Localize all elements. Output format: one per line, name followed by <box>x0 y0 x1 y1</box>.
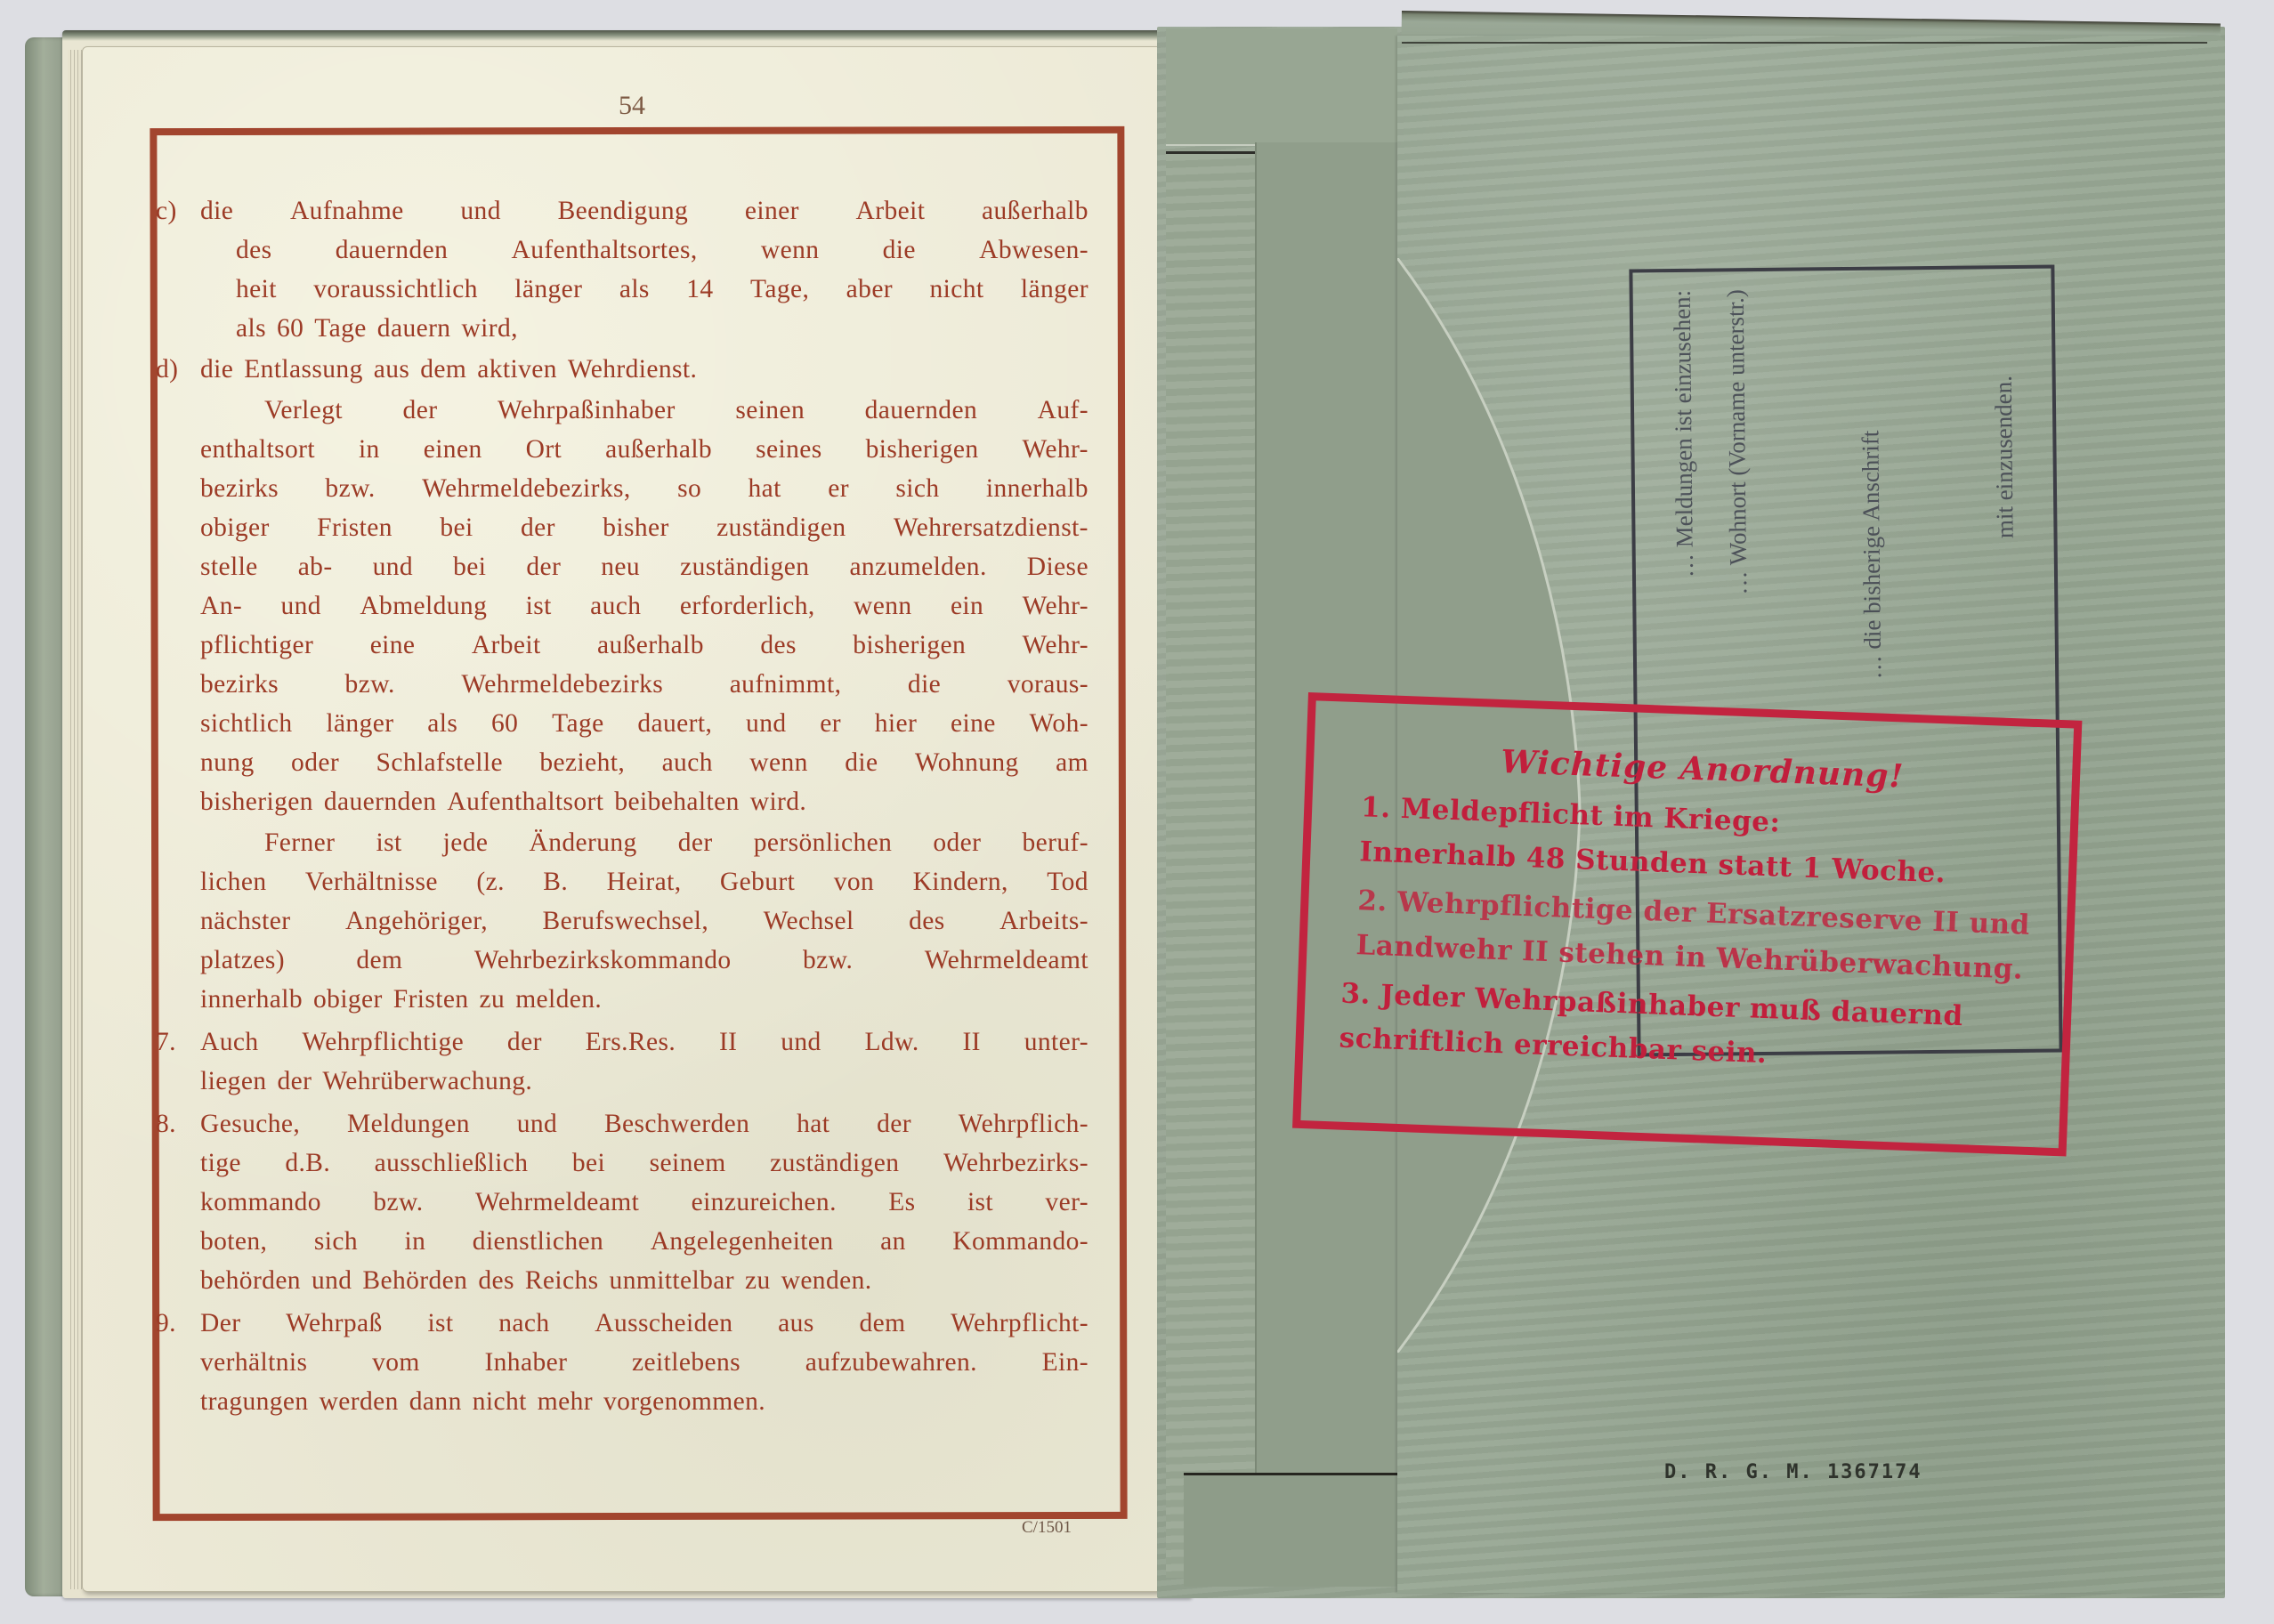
word: Beschwerden <box>604 1104 749 1143</box>
word: Wehrpaß <box>286 1304 383 1343</box>
word: und <box>312 1261 352 1300</box>
word: des <box>236 230 272 270</box>
text-line: boten,sichindienstlichenAngelegenheitena… <box>200 1222 1099 1261</box>
word: bzw. <box>373 1183 423 1222</box>
patent-mark: D. R. G. M. 1367174 <box>1664 1461 1922 1483</box>
word: bei <box>440 508 473 547</box>
word: auch <box>662 743 713 782</box>
word: Auch <box>200 1022 259 1062</box>
word: als <box>236 309 266 348</box>
word: an <box>880 1222 906 1261</box>
word: beibehalten <box>614 782 739 821</box>
word: Reichs <box>525 1261 599 1300</box>
word: Kindern, <box>913 862 1008 901</box>
word: dauern <box>377 309 451 348</box>
text-line: stelleab-undbeiderneuzuständigenanzumeld… <box>200 547 1099 586</box>
text-line: enthaltsortineinenOrtaußerhalbseinesbish… <box>200 430 1099 469</box>
text-line: FerneristjedeÄnderungderpersönlichenoder… <box>200 823 1099 862</box>
word: die <box>845 743 878 782</box>
word: Gesuche, <box>200 1104 300 1143</box>
text-line: liegenderWehrüberwachung. <box>200 1062 1099 1101</box>
word: Arbeit <box>472 626 541 665</box>
word: tige <box>200 1143 241 1183</box>
word: melden. <box>515 980 602 1019</box>
word: Wehrüberwachung. <box>322 1062 532 1101</box>
word: der <box>521 508 555 547</box>
word: Berufswechsel, <box>543 901 709 941</box>
word: der <box>526 547 561 586</box>
word: dauert, <box>637 704 712 743</box>
word: nach <box>498 1304 549 1343</box>
item-marker: d) <box>156 350 193 389</box>
word: aber <box>846 270 893 309</box>
word: Inhaber <box>484 1343 567 1382</box>
word: 14 <box>686 270 713 309</box>
word: am <box>1056 743 1088 782</box>
word: er <box>820 704 841 743</box>
word: unter- <box>1024 1022 1088 1062</box>
word: dann <box>409 1382 462 1421</box>
word: einzureichen. <box>692 1183 837 1222</box>
word: und <box>373 547 413 586</box>
word: bei <box>453 547 486 586</box>
word: Der <box>200 1304 240 1343</box>
text-line: pflichtigereineArbeitaußerhalbdesbisheri… <box>200 626 1099 665</box>
word: II <box>719 1022 737 1062</box>
word: zuständigen <box>680 547 809 586</box>
word: Verhältnisse <box>305 862 438 901</box>
word: Wehr- <box>1023 586 1088 626</box>
word: Aufnahme <box>290 191 404 230</box>
text-line: kommandobzw.Wehrmeldeamteinzureichen.Esi… <box>200 1183 1099 1222</box>
word: ist <box>427 1304 453 1343</box>
word: sich <box>314 1222 358 1261</box>
word: Wechsel <box>764 901 854 941</box>
word: in <box>405 1222 426 1261</box>
word: als <box>427 704 457 743</box>
word: persönlichen <box>754 823 893 862</box>
word: er <box>828 469 849 508</box>
gray-stamp-line-4: mit einzusenden. <box>1990 376 2019 538</box>
word: 60 <box>491 704 518 743</box>
word: bisherigen <box>853 626 966 665</box>
text-line: lichenVerhältnisse(z.B.Heirat,GeburtvonK… <box>200 862 1099 901</box>
word: Tod <box>1047 862 1088 901</box>
word: wenn <box>854 586 912 626</box>
word: die <box>200 191 233 230</box>
word: behörden <box>200 1261 301 1300</box>
word: ausschließlich <box>375 1143 529 1183</box>
item-marker: c) <box>156 191 193 230</box>
word: Tage <box>552 704 604 743</box>
word: vom <box>372 1343 420 1382</box>
word: Angehöriger, <box>345 901 488 941</box>
word: hat <box>749 469 781 508</box>
word: dauernden <box>324 782 436 821</box>
word: Fristen <box>393 980 469 1019</box>
word: Wehrmeldeamt <box>925 941 1088 980</box>
word: länger <box>1021 270 1088 309</box>
pocket-bottom-tab <box>1184 1473 1406 1587</box>
word: ist <box>526 586 552 626</box>
word: Ausscheiden <box>595 1304 732 1343</box>
word: Wehrmeldeamt <box>475 1183 639 1222</box>
pocket-inner-strip <box>1166 151 1259 1578</box>
word: Abwesen- <box>979 230 1088 270</box>
word: Auf- <box>1038 391 1088 430</box>
word: seinen <box>735 391 805 430</box>
word: des <box>909 901 945 941</box>
word: Fristen <box>317 508 392 547</box>
word: Wehrdienst. <box>568 350 697 389</box>
word: des <box>760 626 797 665</box>
word: Wehr- <box>1023 430 1088 469</box>
word: bezirks <box>200 665 279 704</box>
word: bezieht, <box>539 743 625 782</box>
word: Wehrpflichtige <box>302 1022 464 1062</box>
item-marker: 9. <box>156 1304 193 1343</box>
word: Entlassung <box>244 350 362 389</box>
text-line: d)dieEntlassungausdemaktivenWehrdienst. <box>200 350 1099 389</box>
word: innerhalb <box>986 469 1088 508</box>
word: aus <box>778 1304 814 1343</box>
word: Arbeit <box>856 191 926 230</box>
text-line: als60Tagedauernwird, <box>200 309 1099 348</box>
word: Schlafstelle <box>376 743 503 782</box>
text-line: c)dieAufnahmeundBeendigungeinerArbeitauß… <box>200 191 1099 230</box>
word: wenden. <box>781 1261 872 1300</box>
word: Änderung <box>530 823 637 862</box>
word: wenn <box>749 743 808 782</box>
word: dem <box>859 1304 905 1343</box>
text-line: tiged.B.ausschließlichbeiseinemzuständig… <box>200 1143 1099 1183</box>
word: aktiven <box>477 350 557 389</box>
text-line: behördenundBehördendesReichsunmittelbarz… <box>200 1261 1099 1300</box>
word: seines <box>756 430 822 469</box>
word: mehr <box>538 1382 593 1421</box>
word: bzw. <box>325 469 375 508</box>
text-line: nungoderSchlafstellebezieht,auchwenndieW… <box>200 743 1099 782</box>
text-line: obigerFristenbeiderbisherzuständigenWehr… <box>200 508 1099 547</box>
word: Geburt <box>720 862 795 901</box>
word: bisherigen <box>200 782 313 821</box>
word: Beendigung <box>558 191 689 230</box>
word: Wehrmeldebezirks <box>461 665 663 704</box>
word: die <box>883 230 916 270</box>
word: An- <box>200 586 242 626</box>
word: jede <box>443 823 489 862</box>
text-line: 8.Gesuche,MeldungenundBeschwerdenhatderW… <box>200 1104 1099 1143</box>
word: II <box>962 1022 980 1062</box>
word: Wehrbezirks- <box>943 1143 1088 1183</box>
text-line: 7.AuchWehrpflichtigederErs.Res.IIundLdw.… <box>200 1022 1099 1062</box>
word: einer <box>745 191 799 230</box>
word: seinem <box>650 1143 726 1183</box>
word: Angelegenheiten <box>651 1222 834 1261</box>
red-stamp-row: Innerhalb 48 Stunden statt 1 Woche. <box>1359 836 1946 889</box>
word: länger <box>326 704 393 743</box>
word: außerhalb <box>597 626 704 665</box>
word: bzw. <box>345 665 395 704</box>
red-notice-stamp: Wichtige Anordnung! 1. Meldepflicht im K… <box>1292 692 2082 1157</box>
word: Ort <box>526 430 562 469</box>
text-line: 9.DerWehrpaßistnachAusscheidenausdemWehr… <box>200 1304 1099 1343</box>
text-line: desdauerndenAufenthaltsortes,wenndieAbwe… <box>200 230 1099 270</box>
word: Tage <box>314 309 367 348</box>
word: sich <box>895 469 939 508</box>
text-line: verhältnisvomInhaberzeitlebensaufzubewah… <box>200 1343 1099 1382</box>
word: als <box>619 270 650 309</box>
word: die <box>908 665 941 704</box>
gray-stamp-line-2: … Wohnort (Vorname unterstr.) <box>1722 289 1753 595</box>
word: innerhalb <box>200 980 303 1019</box>
item-marker: 7. <box>156 1022 193 1062</box>
word: werden <box>320 1382 399 1421</box>
word: Ldw. <box>864 1022 919 1062</box>
word: bei <box>572 1143 605 1183</box>
word: und <box>781 1022 821 1062</box>
word: eine <box>370 626 416 665</box>
word: Woh- <box>1030 704 1088 743</box>
word: Ein- <box>1042 1343 1088 1382</box>
word: Behörden <box>362 1261 467 1300</box>
word: der <box>277 1062 312 1101</box>
red-stamp-row: 3. Jeder Wehrpaßinhaber muß dauernd <box>1340 978 1963 1033</box>
word: d.B. <box>285 1143 330 1183</box>
word: Es <box>888 1183 915 1222</box>
word: heit <box>236 270 277 309</box>
word: der <box>877 1104 911 1143</box>
item-marker: 8. <box>156 1104 193 1143</box>
word: lichen <box>200 862 266 901</box>
word: Wohnung <box>915 743 1019 782</box>
word: Verlegt <box>264 391 343 430</box>
word: Abmeldung <box>360 586 487 626</box>
word: und <box>746 704 786 743</box>
word: dem <box>356 941 402 980</box>
word: bzw. <box>803 941 853 980</box>
word: nung <box>200 743 255 782</box>
word: obiger <box>313 980 383 1019</box>
word: und <box>280 586 320 626</box>
word: oder <box>291 743 339 782</box>
word: die <box>200 350 233 389</box>
word: aus <box>374 350 410 389</box>
word: Wehrpflich- <box>959 1104 1088 1143</box>
word: bisher <box>603 508 669 547</box>
word: dienstlichen <box>473 1222 603 1261</box>
word: des <box>478 1261 514 1300</box>
word: Tage, <box>750 270 809 309</box>
word: auch <box>590 586 641 626</box>
word: Ferner <box>264 823 335 862</box>
word: pflichtiger <box>200 626 313 665</box>
word: voraussichtlich <box>313 270 478 309</box>
text-line: bisherigendauerndenAufenthaltsortbeibeha… <box>200 782 1099 821</box>
word: Aufenthaltsort <box>447 782 603 821</box>
word: erforderlich, <box>680 586 815 626</box>
word: dem <box>420 350 466 389</box>
word: bezirks <box>200 469 279 508</box>
text-line: An-undAbmeldungistaucherforderlich,wenne… <box>200 586 1099 626</box>
word: ab- <box>298 547 333 586</box>
word: wird, <box>461 309 517 348</box>
word: der <box>678 823 713 862</box>
word: voraus- <box>1008 665 1088 704</box>
word: stelle <box>200 547 258 586</box>
gray-stamp-line-3: … die bisherige Anschrift <box>1857 431 1887 680</box>
word: Aufenthaltsortes, <box>512 230 698 270</box>
word: Wehrmeldebezirks, <box>422 469 631 508</box>
word: hier <box>875 704 917 743</box>
word: zu <box>480 980 506 1019</box>
word: enthaltsort <box>200 430 315 469</box>
word: außerhalb <box>982 191 1088 230</box>
text-line: bezirksbzw.Wehrmeldebezirks,sohatersichi… <box>200 469 1099 508</box>
word: anzumelden. <box>849 547 986 586</box>
word: eine <box>951 704 996 743</box>
word: in <box>359 430 380 469</box>
word: liegen <box>200 1062 266 1101</box>
word: beruf- <box>1022 823 1088 862</box>
red-stamp-row: Landwehr II stehen in Wehrüberwachung. <box>1355 929 2024 985</box>
word: ist <box>967 1183 993 1222</box>
word: Wehrpaßinhaber <box>498 391 676 430</box>
word: dauernden <box>865 391 977 430</box>
word: boten, <box>200 1222 267 1261</box>
word: Diese <box>1027 547 1088 586</box>
text-line: sichtlichlängerals60Tagedauert,underhier… <box>200 704 1099 743</box>
word: der <box>403 391 438 430</box>
word: von <box>834 862 874 901</box>
word: Kommando- <box>952 1222 1088 1261</box>
red-stamp-row: schriftlich erreichbar sein. <box>1339 1022 1768 1071</box>
word: länger <box>514 270 582 309</box>
word: zuständigen <box>716 508 846 547</box>
red-stamp-title: Wichtige Anordnung! <box>1501 743 1905 796</box>
word: 60 <box>277 309 303 348</box>
word: neu <box>601 547 640 586</box>
word: außerhalb <box>605 430 712 469</box>
word: tragungen <box>200 1382 309 1421</box>
word: wird. <box>750 782 806 821</box>
text-line: platzes)demWehrbezirkskommandobzw.Wehrme… <box>200 941 1099 980</box>
word: der <box>507 1022 542 1062</box>
word: dauernden <box>336 230 448 270</box>
word: kommando <box>200 1183 321 1222</box>
word: zu <box>745 1261 771 1300</box>
word: aufzubewahren. <box>805 1343 977 1382</box>
word: nicht <box>929 270 983 309</box>
text-line: tragungenwerdendannnichtmehrvorgenommen. <box>200 1382 1099 1421</box>
word: Wehrbezirkskommando <box>474 941 732 980</box>
word: wenn <box>761 230 820 270</box>
word: Arbeits- <box>999 901 1088 941</box>
word: ver- <box>1045 1183 1088 1222</box>
word: nächster <box>200 901 290 941</box>
word: Wehr- <box>1023 626 1088 665</box>
word: Ers.Res. <box>586 1022 676 1062</box>
word: vorgenommen. <box>603 1382 765 1421</box>
word: Wehrersatzdienst- <box>894 508 1088 547</box>
word: ein <box>951 586 983 626</box>
word: so <box>677 469 701 508</box>
gray-stamp-line-1: … Meldungen ist einzusehen: <box>1669 290 1699 578</box>
word: verhältnis <box>200 1343 307 1382</box>
word: aufnimmt, <box>730 665 842 704</box>
word: nicht <box>473 1382 527 1421</box>
word: Heirat, <box>607 862 682 901</box>
word: sichtlich <box>200 704 293 743</box>
pocket-top-strip <box>1166 28 1397 146</box>
word: (z. <box>476 862 505 901</box>
word: oder <box>933 823 981 862</box>
word: Wehrpflicht- <box>951 1304 1088 1343</box>
text-line: heitvoraussichtlichlängerals14Tage,abern… <box>200 270 1099 309</box>
word: hat <box>797 1104 829 1143</box>
word: zuständigen <box>770 1143 899 1183</box>
flap-top-crease <box>1402 42 2207 44</box>
word: einen <box>424 430 482 469</box>
word: und <box>460 191 500 230</box>
text-line: innerhalbobigerFristenzumelden. <box>200 980 1099 1019</box>
word: unmittelbar <box>610 1261 734 1300</box>
word: zeitlebens <box>632 1343 740 1382</box>
word: B. <box>543 862 568 901</box>
text-line: bezirksbzw.Wehrmeldebezirksaufnimmt,diev… <box>200 665 1099 704</box>
word: bisherigen <box>866 430 979 469</box>
text-line: VerlegtderWehrpaßinhaberseinendauerndenA… <box>200 391 1099 430</box>
text-line: nächsterAngehöriger,Berufswechsel,Wechse… <box>200 901 1099 941</box>
word: obiger <box>200 508 270 547</box>
page-number: 54 <box>596 91 668 121</box>
word: ist <box>376 823 402 862</box>
form-code: C/1501 <box>1022 1518 1072 1538</box>
red-stamp-row: 1. Meldepflicht im Kriege: <box>1361 791 1781 838</box>
word: platzes) <box>200 941 285 980</box>
word: und <box>517 1104 557 1143</box>
word: Meldungen <box>347 1104 470 1143</box>
